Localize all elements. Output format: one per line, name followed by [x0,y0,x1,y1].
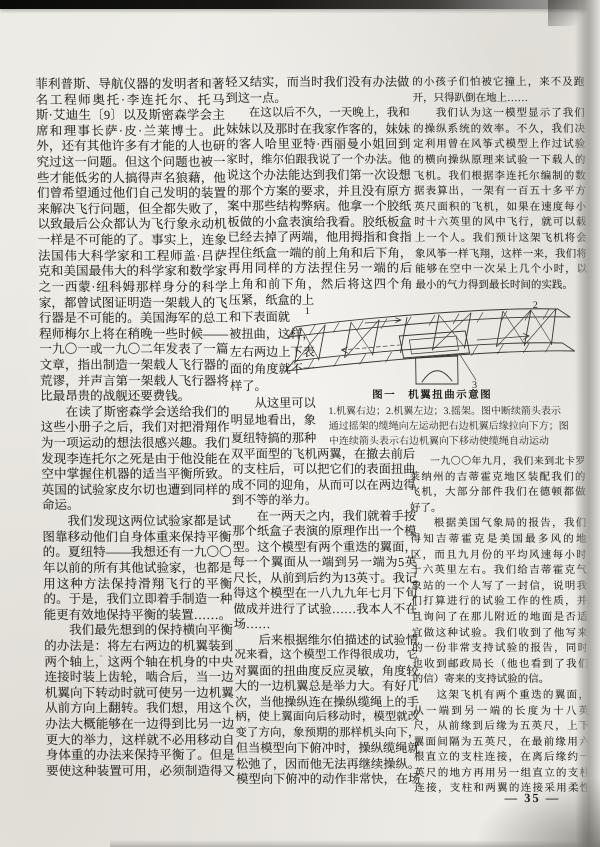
text-line: 这些小册子之后，我们对把滑翔作 [41,420,230,436]
text-line: 宜做这种试验。我们收到了他写来 [412,626,588,642]
scan-top-edge [0,0,600,9]
text-line: 家时，维尔伯跟我说了一个办法。他 [226,153,410,169]
text-line: 明显地看出，象 [230,412,334,429]
text-line: 对翼面的扭曲度反应灵敏，角度较 [234,664,418,680]
text-line: 英国的试验家皮尔切也遭到同样的 [42,483,231,499]
text-line: 每一个翼面从一端到另一端为5英 [233,555,417,571]
text-line: 命运。 [42,498,231,514]
text-line: 席和理事长萨·皮·兰莱博士。此 [36,124,225,140]
text-line: 得这个模型在一八九九年七月下旬 [233,586,417,602]
text-line: 们曾希望通过他们自己发明的装置 [37,186,226,202]
text-line: 图靠移动他们自身体重来保持平衡 [42,530,231,546]
text-line: 在一两天之内，我们就着手按 [232,509,416,525]
text-line: 办法大概能够在一边得到比另一边 [45,717,234,733]
text-line: 据表算出，一架有一百五十多平方 [414,184,586,200]
text-line: 荒谬，并声言第一架载人飞行器将 [40,374,229,390]
text-line: 上一个人。我们预计这架飞机将会 [415,231,587,247]
text-line: 比最昂贵的战舰还要费钱。 [40,389,229,405]
text-line: 后来根据维尔伯描述的试验情 [234,633,418,649]
text-line: 变了方向，象预期的那样机头向下， [235,726,419,742]
text-line: 开，只得趴倒在地上…… [412,91,584,107]
figure-note-line: 1.机翼右边；2.机翼左边；3.摇架。图中断续箭头表示 [328,404,586,419]
text-line: 但当模型向下俯冲时，操纵缆绳就 [236,741,420,757]
page-content: 菲利普斯、导航仪器的发明者和著名工程师奥托·李连托尔、托马斯·艾迪生〔9〕以及斯… [0,0,600,847]
text-line: 象风筝一样飞翔，这样一来，我们将 [415,247,587,263]
text-line: 夏纽特搞的那种 [231,430,335,447]
text-column-3-upper: 的小孩子们怕被它撞上，来不及跑开，只得趴倒在地上…… 我们认为这一模型显示了我们… [412,75,587,293]
text-line: 的操纵系统的效率。不久，我们决 [413,122,585,138]
text-line: 最小的气力得到最长时间的实践。 [415,278,587,294]
text-line: 松弛了，因而他无法再继续操纵。 [236,757,420,773]
scan-bottom-edge [110,840,600,847]
text-line: 捏住纸盒一端的前上角和后下角， [228,246,412,262]
text-line: 连接时装上齿轮，啮合后，当一边 [45,670,234,686]
text-line: 要使这种装置可用，必须制造得又 [46,764,235,780]
figure-note-line: 中连续箭头表示右边机翼向下移动使缆绳自动运动 [329,434,587,449]
text-line: 家，都曾试图证明造一架载人的飞 [39,296,228,312]
text-line: 案中那些结构弊病。他拿一个胶纸 [227,199,411,215]
text-line: 菲利普斯、导航仪器的发明者和著 [35,77,224,93]
text-line: 文章，指出制造一架载人飞行器的 [40,358,229,374]
text-line: 根据美国气象局的报告，我们 [410,516,586,532]
text-line: 为一项运动的想法很感兴趣。我们 [41,436,230,452]
text-line: 行器是不可能的。美国海军的总工 [39,311,228,327]
text-line: 上角和前下角，然后将这四个角 [228,277,412,293]
text-line: 定利用曾在风筝式模型上作过试验 [413,137,585,153]
text-line: 那个纸盒子表演的原理作出一个模 [232,524,416,540]
text-line: 们打算进行的试验工作的性质，并 [411,594,587,610]
text-line: 的那个方案的要求，并且没有原方 [227,184,411,200]
text-line: 场…… [234,617,418,633]
text-line: 说这个办法能达到我们第一次设想 [227,168,411,184]
text-line: 成不同的迎角，从而可以在两边得 [232,478,416,494]
text-line: 年以前的所有其他试验家，也都是 [43,561,232,577]
text-line: 板做的小盒表演给我看。胶纸板盒 [227,215,411,231]
text-line: 在这以后不久，一天晚上，我和 [226,106,410,122]
text-line: 莱纳州的吉蒂霍克地区装配我们的 [409,470,585,486]
text-line: 从前方向上翻转。我们想，用这个 [45,701,234,717]
figure-part-label-2: 2 [533,300,538,311]
text-line: 次，当他操纵连在操纵缆绳上的手 [235,695,419,711]
text-line: 我们最先想到的保持横向平衡 [44,623,233,639]
text-line: 的客人哈里亚特·西丽曼小姐回到 [226,137,410,153]
text-line: 斯·艾迪生〔9〕以及斯密森学会主 [36,108,225,124]
figure-part-label-1: 1 [305,306,310,317]
text-line: 大的一边机翼总是举力大。有好几 [235,679,419,695]
text-line: 好了。 [410,501,586,517]
text-line: 从一端到另一端的长度为十八英 [413,704,589,720]
text-line: 十六英里左右。我们给吉蒂霍克气 [411,563,587,579]
text-line: 的。于是，我们立即着手制造一种 [43,592,232,608]
scan-bottom-right-corner [470,775,600,847]
text-line: 尺，从前缘到后缘为五英尺，上下 [413,719,589,735]
scan-speck [70,302,72,304]
scan-speck [100,655,102,657]
text-line: 的一份非常支持试验的报告，同时 [412,641,588,657]
text-line: 得知吉蒂霍克是美国最多风的地 [410,532,586,548]
text-line: 况来看，这个模型工作得很成功，它 [234,648,418,664]
text-line: 到不等的举力。 [232,493,416,509]
text-column-1: 菲利普斯、导航仪器的发明者和著名工程师奥托·李连托尔、托马斯·艾迪生〔9〕以及斯… [35,77,235,779]
biplane-glider-drawing [281,296,585,392]
text-line: 一样是不可能的了。事实上，连象 [38,233,227,249]
text-line: 到这一点。 [225,91,409,107]
text-line: 的支柱后，可以把它们的表面扭曲 [231,462,415,478]
text-line: 的小孩子们怕被它撞上，来不及跑 [412,75,584,91]
text-line: 柄，使上翼面向后移动时，模型就改 [235,710,419,726]
text-line: 的办法是：将左右两边的机翼装到 [44,639,233,655]
text-line: 一九〇〇年九月，我们来到北卡罗 [409,454,585,470]
text-line: 轻又结实，而当时我们没有办法做 [225,75,409,91]
text-line: 之一西蒙·纽科姆那样身分的科学 [38,280,227,296]
text-line: 型。这个模型有两个重迭的翼面， [232,540,416,556]
text-line: 区，而且九月份的平均风速每小时 [411,548,587,564]
figure-caption-title: 图一 机翼扭曲示意图 [372,387,492,402]
text-line: 象站的一个人写了一封信，说明我 [411,579,587,595]
text-line: 一九〇一或一九〇二年发表了一篇 [39,342,228,358]
text-line: 也收到邮政局长（他也看到了我们 [412,657,588,673]
text-line: 尺长，从前到后约为13英寸。我记 [233,571,417,587]
text-line: 克和美国最伟大的科学家和数学家 [38,264,227,280]
text-line: 身体重的办法来保持平衡了。但是 [46,748,235,764]
text-line: 发现李连托尔之死是由于他没能在 [41,452,230,468]
text-column-3-lower: 一九〇〇年九月，我们来到北卡罗莱纳州的吉蒂霍克地区装配我们的飞机，大部分部件我们… [409,454,590,797]
text-line: 的。夏纽特——我想还有一九〇〇 [43,545,232,561]
text-line: 两个轴上，这两个轴在机身的中央 [44,655,233,671]
text-line: 的信）寄来的支持试验的信。 [413,672,589,688]
text-line: 些才能低劣的人搞得声名狼藉，他 [37,171,226,187]
text-line: 的横向操纵原理来试验一下载人的 [413,153,585,169]
scan-speck [286,498,288,501]
scanned-document-page: 菲利普斯、导航仪器的发明者和著名工程师奥托·李连托尔、托马斯·艾迪生〔9〕以及斯… [0,0,600,847]
text-line: 外，还有其他许多有才能的人也研 [36,139,225,155]
text-line: 能够在空中一次呆上几个小时，以 [415,262,587,278]
text-line: 来解决飞行问题，但全都失败了， [37,202,226,218]
text-line: 英尺面积的飞机，如果在速度每小 [414,200,586,216]
text-line: 我们发现这两位试验家都是试 [42,514,231,530]
text-line: 且询问了在那儿附近的地面是否适 [412,610,588,626]
text-line: 模型向下俯冲的动作非常快，在场 [236,772,420,788]
text-line: 时十六英里的风中飞行，就可以载 [414,215,586,231]
figure-note-line: 通过摇架的缆绳向左运动把右边机翼后缘拉向下方；图 [329,419,587,434]
text-line: 做成并进行了试验……我本人不在 [233,602,417,618]
text-line: 机翼向下转动时就可使另一边机翼 [45,686,234,702]
text-line: 妹妹以及那时在我家作客的，妹妹 [226,122,410,138]
text-line: 再用同样的方法捏住另一端的后 [228,261,412,277]
text-line: 飞机。我们根据李连托尔编制的数 [414,169,586,185]
text-line: 究过这一问题。但这个问题也被一 [36,155,225,171]
text-line: 已经去掉了两端，他用拇指和食指 [228,230,412,246]
text-line: 飞机，大部分部件我们在德顿都做 [410,485,586,501]
scan-right-edge [575,0,600,847]
text-line: 双平面型的飞机两翼，在撤去前后 [231,447,415,463]
text-line: 更大的举力，这样就不必用移动自 [46,733,235,749]
text-line: 程师梅尔上将在稍晚一些时候—— [39,327,228,343]
text-line: 法国伟大科学家和工程师盖·吕萨 [38,249,227,265]
scan-speck [556,122,559,124]
text-line: 这架飞机有两个重迭的翼面， [413,688,589,704]
text-line: 用这种方法保持滑翔飞行的平衡 [43,577,232,593]
wing-warping-figure: 1 2 3 [281,296,585,398]
text-line: 我们认为这一模型显示了我们 [413,106,585,122]
figure-caption-notes: 1.机翼右边；2.机翼左边；3.摇架。图中断续箭头表示通过摇架的缆绳向左运动把右… [328,404,587,449]
text-line: 在读了斯密森学会送给我们的 [40,405,229,421]
text-line: 以致最后公众都认为飞行象永动机 [37,217,226,233]
text-line: 名工程师奥托·李连托尔、托马 [35,93,224,109]
text-line: 翼面间隔为五英尺，在最前缘用六 [414,735,590,751]
text-line: 能更有效地保持平衡的装置……。 [44,608,233,624]
text-line: 根直立的支柱连接，在离后缘约一 [414,750,590,766]
text-line: 空中掌握住机器的适当平衡所致。 [41,467,230,483]
